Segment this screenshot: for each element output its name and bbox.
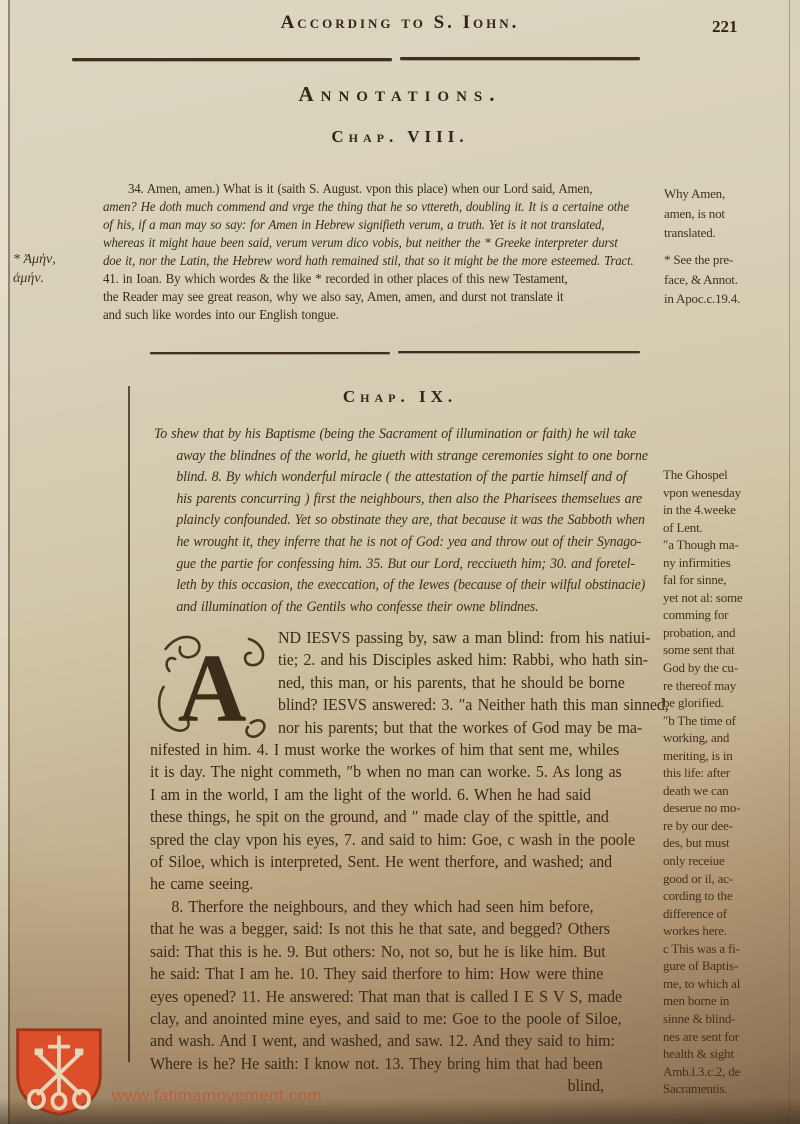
book-page: According to S. Iohn. 221 Annotations. C…	[0, 0, 800, 1124]
text-line: plaincly confounded. Yet so obstinate th…	[154, 510, 626, 532]
text-line: nor his parents; but that the workes of …	[278, 717, 650, 739]
text-line: I am in the world, I am the light of the…	[150, 784, 651, 806]
text-line: * Ἀμὴν,	[13, 250, 99, 269]
text-line: amen? He doth much commend and vrge the …	[103, 198, 643, 216]
text-line: gure of Baptis-	[663, 957, 797, 975]
text-line: spred the clay vpon his eyes, 7. and sai…	[150, 829, 651, 851]
chap9-margin-notes-column: The Ghospelvpon wenesdayin the 4.weekeof…	[663, 466, 797, 1098]
text-line: working, and	[663, 729, 797, 747]
text-line: some sent that	[663, 641, 797, 659]
text-line: clay, and anointed mine eyes, and said t…	[150, 1008, 651, 1030]
text-line: men borne in	[663, 992, 797, 1010]
text-line: difference of	[663, 905, 797, 923]
section-rule-left	[150, 352, 390, 354]
drop-cap-letter: A	[178, 634, 247, 739]
text-line: and illumination of the Gentils who conf…	[154, 597, 626, 619]
text-line: ND IESVS passing by, saw a man blind: fr…	[278, 627, 650, 649]
margin-note-b-time-of-working: ″b The time ofworking, andmeriting, is i…	[663, 712, 797, 940]
text-line: of Lent.	[663, 519, 797, 537]
chap8-heading: Chap. VIII.	[0, 127, 800, 147]
text-line: meriting, is in	[663, 747, 797, 765]
text-line: fal for sinne,	[663, 571, 797, 589]
chap9-argument-summary: To shew that by his Baptisme (being the …	[154, 424, 626, 618]
text-line: health & sight	[663, 1045, 797, 1063]
text-line: c This was a fi-	[663, 940, 797, 958]
text-line: away the blindnes of the world, he giuet…	[154, 446, 626, 468]
text-line: gue the partie for confessing him. 35. B…	[154, 554, 626, 576]
text-line: said: That this is he. 9. But others: No…	[150, 941, 651, 963]
chap9-heading: Chap. IX.	[0, 387, 800, 407]
text-line: amen, is not	[664, 204, 796, 224]
text-line: God by the cu-	[663, 659, 797, 677]
text-line: in Apoc.c.19.4.	[664, 289, 796, 309]
watermark-url: www.fatimamovement.com	[112, 1086, 322, 1106]
text-line: nifested in him. 4. I must worke the wor…	[150, 739, 651, 761]
annotations-heading: Annotations.	[0, 82, 800, 107]
drop-cap-initial: A	[154, 627, 272, 739]
text-line: whereas it might haue been said, verum v…	[103, 234, 643, 252]
text-line: and such like wordes into our English to…	[103, 306, 643, 324]
text-line: he wrought it, they inferre that he is n…	[154, 532, 626, 554]
margin-note-c-figure-of-baptisme: c This was a fi-gure of Baptis-me, to wh…	[663, 940, 797, 1098]
crossed-keys-shield-logo	[12, 1026, 106, 1123]
gospel-lines-full: nifested in him. 4. I must worke the wor…	[150, 739, 651, 1075]
text-line: translated.	[664, 223, 796, 243]
text-line: 34. Amen, amen.) What is it (saith S. Au…	[103, 180, 643, 198]
text-line: he said: That I am he. 10. They said the…	[150, 963, 651, 985]
greek-margin-note: * Ἀμὴν,ἀμήν.	[13, 250, 99, 288]
chap8-annotation-paragraph: 34. Amen, amen.) What is it (saith S. Au…	[103, 180, 643, 324]
text-line: tie; 2. and his Disciples asked him: Rab…	[278, 649, 650, 671]
gospel-lines-beside-cap: ND IESVS passing by, saw a man blind: fr…	[278, 627, 650, 739]
text-line: good or il, ac-	[663, 870, 797, 888]
text-line: leth by this occasion, the execcation, o…	[154, 575, 626, 597]
text-line: ″b The time of	[663, 712, 797, 730]
header-rule-right	[400, 57, 640, 60]
text-line: his parents concurring ) first the neigh…	[154, 489, 626, 511]
text-line: eyes opened? 11. He answered: That man t…	[150, 986, 651, 1008]
text-line: cording to the	[663, 887, 797, 905]
text-line: in the 4.weeke	[663, 501, 797, 519]
text-line: To shew that by his Baptisme (being the …	[154, 424, 626, 446]
text-line: ny infirmities	[663, 554, 797, 572]
page-edge-right	[789, 0, 790, 1124]
text-line: it is day. The night commeth, ″b when no…	[150, 761, 651, 783]
page-number: 221	[712, 17, 738, 37]
text-line: only receiue	[663, 852, 797, 870]
chap8-margin-note-see-preface: * See the pre-face, & Annot.in Apoc.c.19…	[664, 250, 796, 309]
text-line: of his, if a man may so say: for Amen in…	[103, 216, 643, 234]
text-line: this life: after	[663, 764, 797, 782]
gospel-text-block: A ND IESVS passing by, saw a man blind: …	[150, 627, 651, 1098]
text-line: ἀμήν.	[13, 269, 99, 288]
text-line: of Siloe, which is interpreted, Sent. He…	[150, 851, 651, 873]
text-line: be glorified.	[663, 694, 797, 712]
page-edge-highlight	[0, 0, 8, 1124]
chap8-margin-note-why-amen: Why Amen,amen, is nottranslated.	[664, 184, 796, 243]
text-line: workes here.	[663, 922, 797, 940]
text-line: 41. in Ioan. By which wordes & the like …	[103, 270, 643, 288]
text-line: these things, he spit on the ground, and…	[150, 806, 651, 828]
left-column-rule	[128, 386, 130, 1062]
text-line: * See the pre-	[664, 250, 796, 270]
header-rule-left	[72, 58, 392, 61]
text-line: The Ghospel	[663, 466, 797, 484]
text-line: nes are sent for	[663, 1028, 797, 1046]
text-line: probation, and	[663, 624, 797, 642]
text-line: me, to which al	[663, 975, 797, 993]
text-line: the Reader may see great reason, why we …	[103, 288, 643, 306]
margin-note-ghospel: The Ghospelvpon wenesdayin the 4.weekeof…	[663, 466, 797, 536]
text-line: re thereof may	[663, 677, 797, 695]
text-line: yet not al: some	[663, 589, 797, 607]
text-line: sinne & blind-	[663, 1010, 797, 1028]
text-line: Amb.l.3.c.2, de	[663, 1063, 797, 1081]
text-line: he came seeing.	[150, 873, 651, 895]
section-rule-right	[398, 351, 640, 353]
text-line: re by our dee-	[663, 817, 797, 835]
page-edge-left	[8, 0, 10, 1124]
text-line: des, but must	[663, 834, 797, 852]
text-line: that he was a begger, said: Is not this …	[150, 918, 651, 940]
text-line: 8. Therfore the neighbours, and they whi…	[150, 896, 651, 918]
text-line: face, & Annot.	[664, 270, 796, 290]
text-line: ned, this man, or his parents, that he s…	[278, 672, 650, 694]
text-line: ″a Though ma-	[663, 536, 797, 554]
text-line: and wash. And I went, and washed, and sa…	[150, 1030, 651, 1052]
running-header: According to S. Iohn.	[0, 12, 800, 34]
text-line: deserue no mo-	[663, 799, 797, 817]
text-line: Where is he? He saith: I know not. 13. T…	[150, 1053, 651, 1075]
text-line: blind. 8. By which wonderful miracle ( t…	[154, 467, 626, 489]
text-line: vpon wenesday	[663, 484, 797, 502]
text-line: doe it, nor the Latin, the Hebrew word h…	[103, 252, 643, 270]
text-line: Why Amen,	[664, 184, 796, 204]
text-line: death we can	[663, 782, 797, 800]
text-line: Sacramentis.	[663, 1080, 797, 1098]
margin-note-a-infirmities: ″a Though ma-ny infirmitiesfal for sinne…	[663, 536, 797, 711]
text-line: blind? IESVS answered: 3. ″a Neither hat…	[278, 694, 650, 716]
text-line: comming for	[663, 606, 797, 624]
